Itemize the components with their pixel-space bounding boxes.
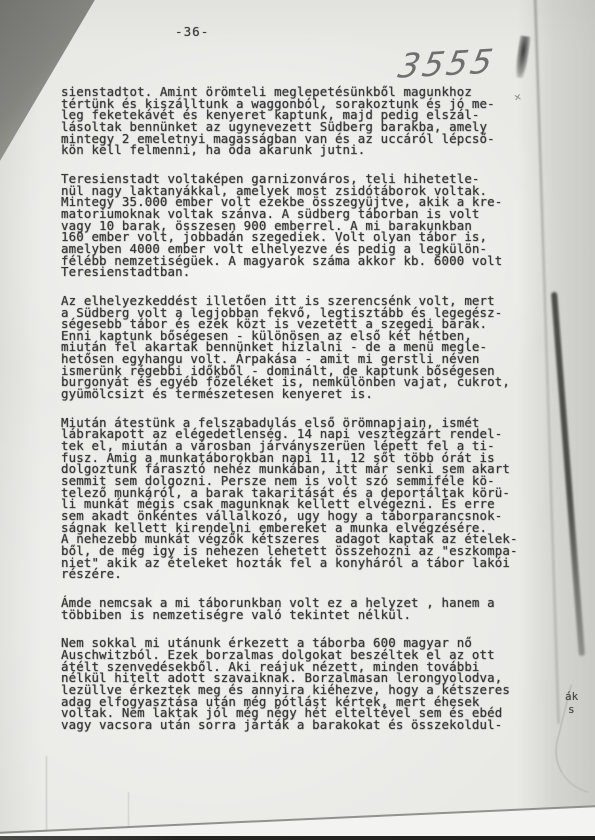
paragraph: Teresienstadt voltaképen garnizonváros, … <box>61 173 531 278</box>
page-edge-streak <box>551 292 585 656</box>
scan-page: × -36- 3555 sienstadtot. Amint örömteli … <box>0 0 595 840</box>
handwritten-number: 3555 <box>395 41 499 85</box>
paragraph: Miután átestünk a felszabadulás első örö… <box>61 417 531 580</box>
paper-crease-line <box>46 756 47 834</box>
bleed-through-fragment: ák <box>565 690 578 703</box>
ink-blob-mark <box>514 35 531 78</box>
typewritten-text: sienstadtot. Amint örömteli meglepetésün… <box>61 86 531 748</box>
scan-bottom-band <box>0 836 595 840</box>
paragraph: Az elhelyezkeddést illetően itt is szere… <box>61 295 531 400</box>
page-number: -36- <box>175 24 209 39</box>
paragraph: sienstadtot. Amint örömteli meglepetésün… <box>61 86 531 156</box>
paragraph: Ámde nemcsak a mi táborunkban volt ez a … <box>61 597 531 620</box>
bleed-through-fragment: s <box>568 703 575 716</box>
paragraph: Nem sokkal mi utánunk érkezett a táborba… <box>61 637 531 730</box>
